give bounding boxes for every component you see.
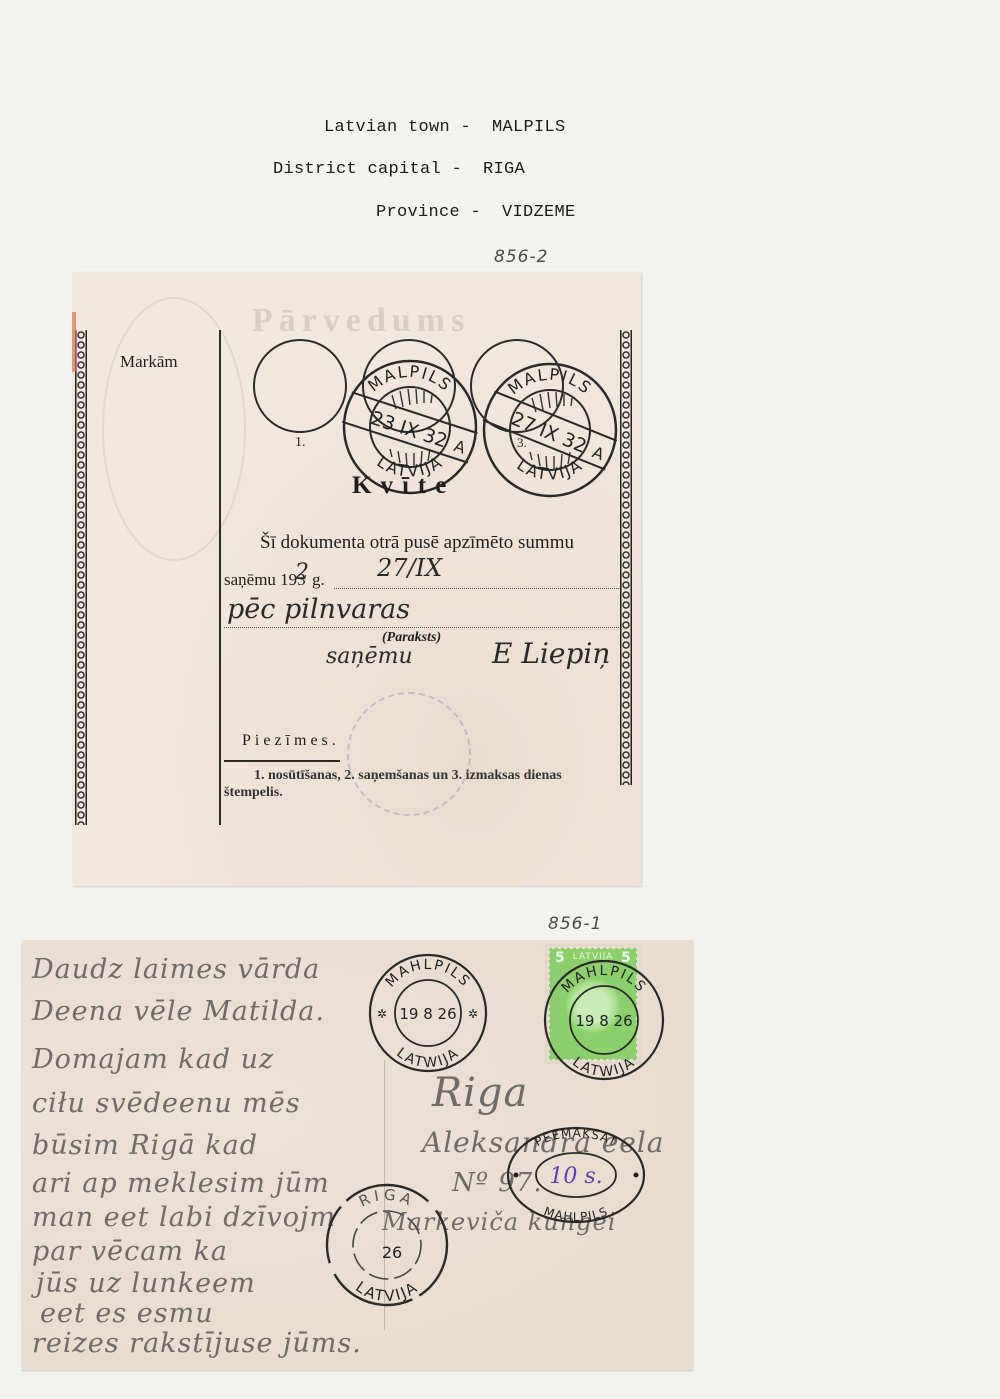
footnote-line-1: 1. nosūtīšanas, 2. saņemšanas un 3. izma… xyxy=(254,768,562,784)
header-line-province: Province - VIDZEME xyxy=(376,203,576,222)
notes-divider xyxy=(224,760,340,762)
svg-text:19 8 26: 19 8 26 xyxy=(399,1005,456,1023)
item-reference-856-1: 856-1 xyxy=(548,914,602,934)
svg-text:✲: ✲ xyxy=(377,1007,387,1021)
message-line: Domajam kad uz xyxy=(32,1044,274,1075)
stamp-box-divider xyxy=(219,330,221,825)
svg-text:27 IX 32: 27 IX 32 xyxy=(508,408,590,458)
svg-text:19 8 26: 19 8 26 xyxy=(575,1012,632,1030)
svg-text:23 IX 32: 23 IX 32 xyxy=(368,407,450,452)
money-order-receipt: Pārvedums Markām 1. 3. 23 IX 32 A MALPIL… xyxy=(72,272,641,886)
handwritten-year-digit: 2 xyxy=(295,560,309,585)
dotted-line-2 xyxy=(224,627,619,628)
handwritten-by-proxy: pēc pilnvaras xyxy=(227,594,410,625)
handwritten-signature: E Liepiņ xyxy=(492,637,610,670)
postmark-mahlpils-on-stamp: 19 8 26 MAHLPILS LATWIJA xyxy=(542,958,666,1082)
svg-text:10 s.: 10 s. xyxy=(549,1164,602,1189)
faint-seal-left xyxy=(102,297,246,561)
postmark-malpils-27-ix-32: 27 IX 32 A MALPILS LATVIJA xyxy=(480,360,620,500)
ornamental-border-right xyxy=(620,330,632,785)
handwritten-received: saņēmu xyxy=(326,644,413,669)
receipt-title: Kvīte xyxy=(352,472,455,500)
svg-text:MAHLPILS: MAHLPILS xyxy=(558,963,649,996)
faint-reverse-title: Pārvedums xyxy=(252,302,470,340)
svg-text:A: A xyxy=(590,442,607,464)
message-line: jūs uz lunkeem xyxy=(36,1268,256,1299)
receipt-line-2-prefix: saņēmu 193 xyxy=(224,570,306,590)
stamp-circle-1 xyxy=(253,339,347,433)
torn-red-edge xyxy=(72,312,76,372)
footnote-line-2: štempelis. xyxy=(224,785,283,801)
svg-text:MALPILS: MALPILS xyxy=(504,365,596,399)
svg-text:A: A xyxy=(452,436,468,457)
dotted-line-1 xyxy=(334,588,619,589)
message-line: reizes rakstījuse jūms. xyxy=(32,1328,362,1359)
postmark-mahlpils-left: 19 8 26 MAHLPILS LATWIJA ✲✲ xyxy=(367,952,489,1074)
message-line: Daudz laimes vārda xyxy=(32,954,320,985)
header-line-district: District capital - RIGA xyxy=(273,160,525,179)
svg-text:MALPILS: MALPILS xyxy=(364,362,456,396)
message-line: ari ap meklesim jūm xyxy=(32,1168,330,1199)
stamp-box-label: Markām xyxy=(120,352,178,372)
message-line: būsim Rigā kad xyxy=(32,1130,258,1161)
svg-text:LATWIJA: LATWIJA xyxy=(569,1054,639,1080)
postmark-riga: 26 RIGA LATVIJA xyxy=(322,1180,452,1310)
svg-text:26: 26 xyxy=(382,1243,402,1262)
svg-text:MAHLPILS: MAHLPILS xyxy=(542,1204,610,1224)
notes-label: Piezīmes. xyxy=(242,732,340,750)
header-line-town: Latvian town - MALPILS xyxy=(324,118,566,137)
svg-text:MAHLPILS: MAHLPILS xyxy=(383,957,474,991)
stamp-circle-label-1: 1. xyxy=(295,435,306,451)
handwritten-date: 27/IX xyxy=(377,554,442,582)
postage-paid-mark: PEEMAKSAT MAHLPILS 10 s. xyxy=(506,1125,646,1225)
message-line: par vēcam ka xyxy=(32,1236,228,1267)
address-city: Riga xyxy=(432,1070,528,1116)
receipt-line-2-suffix: g. xyxy=(312,570,325,590)
postcard: Daudz laimes vārda Deena vēle Matilda. D… xyxy=(22,940,693,1370)
ornamental-border-left xyxy=(75,330,87,825)
svg-text:LATVIJA: LATVIJA xyxy=(514,455,587,484)
svg-text:LATWIJA: LATWIJA xyxy=(393,1045,462,1072)
svg-text:✲: ✲ xyxy=(468,1007,478,1021)
item-reference-856-2: 856-2 xyxy=(494,247,548,267)
receipt-line-1: Šī dokumenta otrā pusē apzīmēto summu xyxy=(260,532,574,554)
message-line: ciłu svēdeenu mēs xyxy=(32,1088,301,1119)
message-line: man eet labi dzīvojm xyxy=(32,1202,336,1233)
message-line: Deena vēle Matilda. xyxy=(32,996,325,1027)
faint-violet-seal xyxy=(347,692,471,816)
message-line: eet es esmu xyxy=(40,1298,214,1329)
svg-text:PEEMAKSAT: PEEMAKSAT xyxy=(532,1126,619,1149)
